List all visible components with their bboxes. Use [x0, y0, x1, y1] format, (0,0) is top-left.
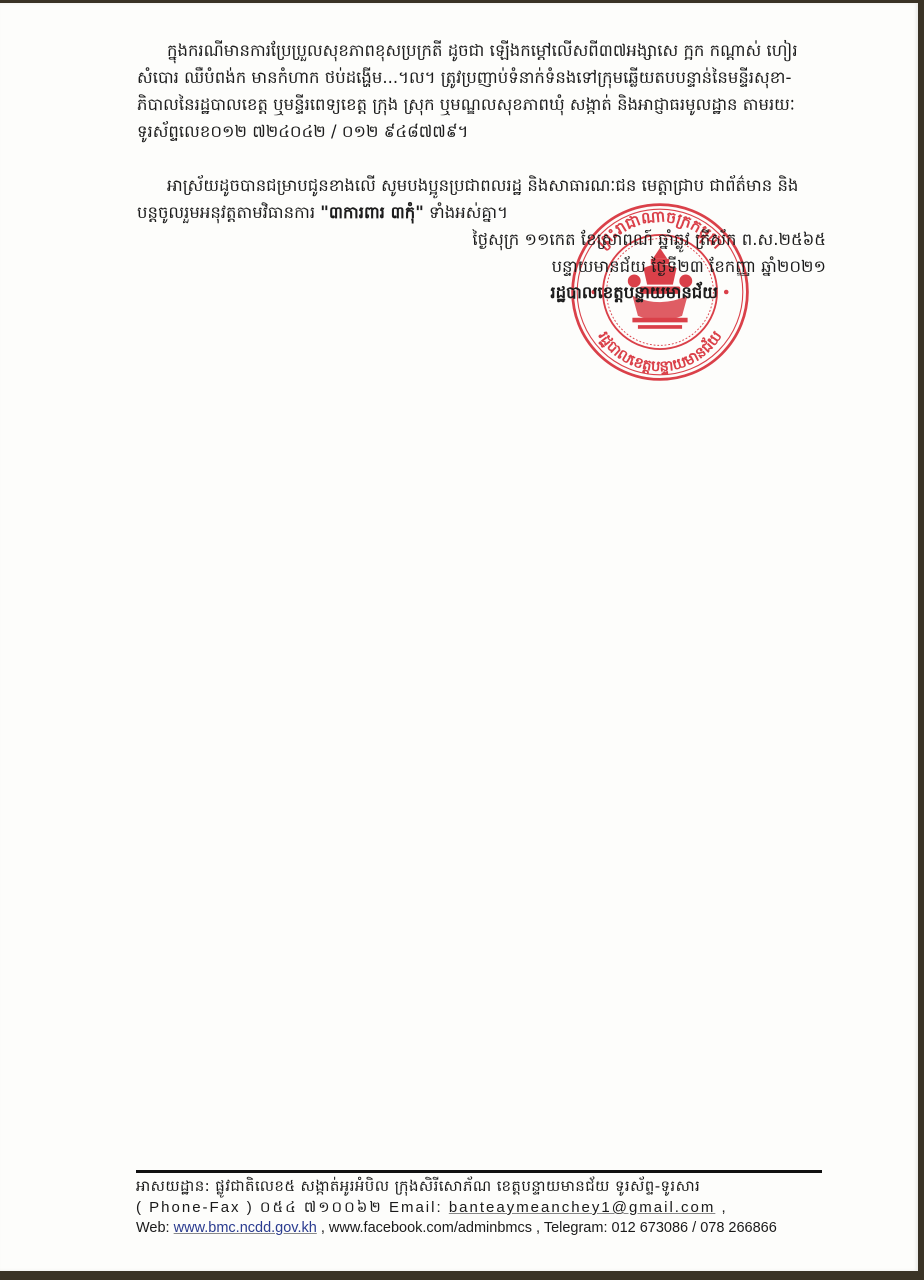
footer-divider — [136, 1170, 822, 1173]
paragraph-line: ក្នុងករណីមានការប្រែប្រួលសុខភាពខុសប្រក្រត… — [137, 37, 827, 64]
address-text: ផ្លូវជាតិលេខ៥ សង្កាត់អូរអំបិល ក្រុងសិរីស… — [215, 1177, 700, 1195]
paragraph-line: សំបោរ ឈឺបំពង់ក មានកំហាក ថប់ដង្ហើម...។ល។ … — [137, 64, 827, 91]
telegram-numbers: 012 673086 / 078 266866 — [612, 1220, 777, 1236]
facebook-link[interactable]: www.facebook.com/adminbmcs — [329, 1220, 532, 1236]
footer-web-line: Web: www.bmc.ncdd.gov.kh , www.facebook.… — [136, 1218, 822, 1239]
paragraph-text: ទាំងអស់គ្នា។ — [424, 203, 508, 222]
address-label: អាសយដ្ឋាន: — [136, 1177, 210, 1195]
paragraph-line: ទូរស័ព្ទលេខ០១២ ៧២៤០៤២ / ០១២ ៩៤៨៧៧៩។ — [137, 118, 827, 145]
letterhead-footer: អាសយដ្ឋាន: ផ្លូវជាតិលេខ៥ សង្កាត់អូរអំបិល… — [136, 1170, 822, 1239]
email-label: Email: — [389, 1199, 443, 1216]
health-advice-paragraph: ក្នុងករណីមានការប្រែប្រួលសុខភាពខុសប្រក្រត… — [137, 37, 827, 145]
document-page: ក្នុងករណីមានការប្រែប្រួលសុខភាពខុសប្រក្រត… — [0, 3, 918, 1271]
footer-address-line: អាសយដ្ឋាន: ផ្លូវជាតិលេខ៥ សង្កាត់អូរអំបិល… — [136, 1176, 822, 1197]
email-link[interactable]: banteaymeanchey1@gmail.com — [449, 1199, 716, 1216]
telegram-label: Telegram: — [544, 1220, 608, 1236]
web-label: Web: — [136, 1220, 170, 1236]
paragraph-line: អាស្រ័យដូចបានជម្រាបជូនខាងលើ សូមបងប្អូនប្… — [137, 172, 827, 199]
paragraph-text: បន្តចូលរួមអនុវត្តតាមវិធានការ — [137, 203, 320, 222]
phone-fax-label: ( Phone-Fax ) — [136, 1199, 254, 1216]
paragraph-line: ភិបាលនៃរដ្ឋបាលខេត្ត ឬមន្ទីរពេទ្យខេត្ត ក្… — [137, 91, 827, 118]
lunar-date: ថ្ងៃសុក្រ ១១កេត ខែស្រាពណ៍ ឆ្នាំឆ្លូវ ត្រ… — [472, 226, 826, 253]
footer-contact-line: ( Phone-Fax ) ០៥៤ ៧១០០៦២ Email: banteaym… — [136, 1197, 822, 1218]
issuing-authority: រដ្ឋបាលខេត្តបន្ទាយមានជ័យ — [472, 279, 796, 306]
svg-text:រដ្ឋបាលខេត្តបន្ទាយមានជ័យ: រដ្ឋបាលខេត្តបន្ទាយមានជ័យ — [595, 328, 726, 375]
phone-fax-number: ០៥៤ ៧១០០៦២ — [260, 1199, 383, 1216]
solar-date: បន្ទាយមានជ័យ ថ្ងៃទី២៣ ខែកញ្ញា ឆ្នាំ២០២១ — [472, 253, 826, 280]
campaign-slogan: "៣ការពារ ៣កុំ" — [320, 203, 424, 222]
signature-block: ថ្ងៃសុក្រ ១១កេត ខែស្រាពណ៍ ឆ្នាំឆ្លូវ ត្រ… — [472, 226, 826, 306]
website-link[interactable]: www.bmc.ncdd.gov.kh — [174, 1220, 317, 1236]
seal-bottom-text: រដ្ឋបាលខេត្តបន្ទាយមានជ័យ — [595, 328, 726, 375]
